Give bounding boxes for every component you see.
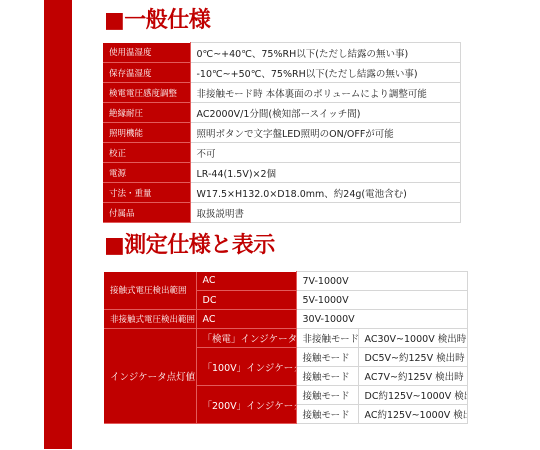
- range-value: 7V-1000V: [296, 272, 467, 291]
- table-row: 絶縁耐圧 AC2000V/1分間(検知部ースイッチ間): [103, 103, 460, 123]
- current-type: AC: [196, 310, 296, 329]
- row-label: 付属品: [103, 203, 190, 223]
- section-title-general-spec: ■一般仕様: [104, 8, 210, 34]
- table-row: 電源 LR-44(1.5V)×2個: [103, 163, 460, 183]
- row-label: 使用温湿度: [103, 43, 190, 63]
- row-value: 取扱説明書: [190, 203, 460, 223]
- detection-mode: 接触モード: [296, 386, 358, 405]
- range-value: 30V-1000V: [296, 310, 467, 329]
- row-value: AC2000V/1分間(検知部ースイッチ間): [190, 103, 460, 123]
- current-type: DC: [196, 291, 296, 310]
- range-value: 5V-1000V: [296, 291, 467, 310]
- detection-mode: 接触モード: [296, 367, 358, 386]
- decorative-side-bar: [44, 0, 72, 449]
- detection-value: AC約125V~1000V 検出時: [358, 405, 467, 424]
- detection-mode: 接触モード: [296, 348, 358, 367]
- table-row: 接触式電圧検出範囲 AC 7V-1000V: [104, 272, 467, 291]
- detection-mode: 非接触モード: [296, 329, 358, 348]
- row-label: 校正: [103, 143, 190, 163]
- table-row: 校正 不可: [103, 143, 460, 163]
- table-row: インジケータ点灯値 「検電」インジケータ 非接触モード AC30V~1000V …: [104, 329, 467, 348]
- row-value: 非接触モード時 本体裏面のボリュームにより調整可能: [190, 83, 460, 103]
- noncontact-range-label: 非接触式電圧検出範囲: [104, 310, 196, 329]
- table-row: 保存温湿度 -10℃~+50℃、75%RH以下(ただし結露の無い事): [103, 63, 460, 83]
- section-title-measurement-spec: ■測定仕様と表示: [104, 233, 275, 259]
- detection-value: DC約125V~1000V 検出時: [358, 386, 467, 405]
- indicator-name: 「100V」インジケータ: [196, 348, 296, 386]
- detection-value: AC30V~1000V 検出時: [358, 329, 467, 348]
- indicator-label: インジケータ点灯値: [104, 329, 196, 424]
- row-value: LR-44(1.5V)×2個: [190, 163, 460, 183]
- contact-range-label: 接触式電圧検出範囲: [104, 272, 196, 310]
- row-label: 照明機能: [103, 123, 190, 143]
- row-label: 絶縁耐圧: [103, 103, 190, 123]
- row-value: -10℃~+50℃、75%RH以下(ただし結露の無い事): [190, 63, 460, 83]
- row-value: 不可: [190, 143, 460, 163]
- indicator-name: 「検電」インジケータ: [196, 329, 296, 348]
- row-value: 照明ボタンで文字盤LED照明のON/OFFが可能: [190, 123, 460, 143]
- table-row: 検電電圧感度調整 非接触モード時 本体裏面のボリュームにより調整可能: [103, 83, 460, 103]
- row-label: 電源: [103, 163, 190, 183]
- table-row: 付属品 取扱説明書: [103, 203, 460, 223]
- detection-value: DC5V~約125V 検出時: [358, 348, 467, 367]
- table-row: 照明機能 照明ボタンで文字盤LED照明のON/OFFが可能: [103, 123, 460, 143]
- detection-value: AC7V~約125V 検出時: [358, 367, 467, 386]
- detection-mode: 接触モード: [296, 405, 358, 424]
- measurement-spec-table: 接触式電圧検出範囲 AC 7V-1000V DC 5V-1000V 非接触式電圧…: [104, 271, 468, 424]
- current-type: AC: [196, 272, 296, 291]
- row-label: 寸法・重量: [103, 183, 190, 203]
- table-row: 使用温湿度 0℃~+40℃、75%RH以下(ただし結露の無い事): [103, 43, 460, 63]
- row-value: W17.5×H132.0×D18.0mm、約24g(電池含む): [190, 183, 460, 203]
- row-value: 0℃~+40℃、75%RH以下(ただし結露の無い事): [190, 43, 460, 63]
- row-label: 検電電圧感度調整: [103, 83, 190, 103]
- row-label: 保存温湿度: [103, 63, 190, 83]
- table-row: 非接触式電圧検出範囲 AC 30V-1000V: [104, 310, 467, 329]
- indicator-name: 「200V」インジケータ: [196, 386, 296, 424]
- general-spec-table: 使用温湿度 0℃~+40℃、75%RH以下(ただし結露の無い事) 保存温湿度 -…: [103, 42, 461, 223]
- table-row: 寸法・重量 W17.5×H132.0×D18.0mm、約24g(電池含む): [103, 183, 460, 203]
